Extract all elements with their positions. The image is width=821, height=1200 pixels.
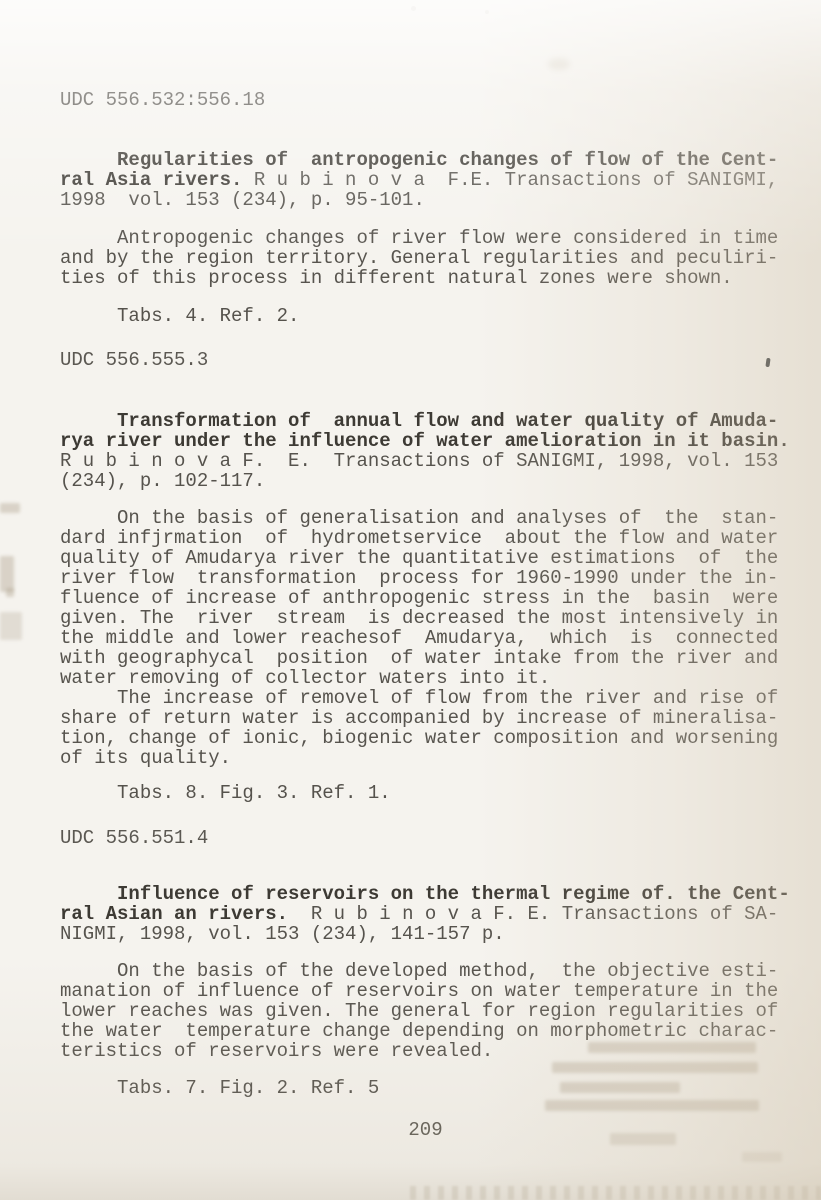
abstract-refs: Tabs. 8. Fig. 3. Ref. 1.: [60, 783, 791, 803]
bold-text-segment: Regularities of antropogenic changes of …: [60, 149, 778, 171]
bold-text-segment: Influence of reservoirs on the thermal r…: [60, 883, 790, 905]
text-line: The increase of removel of flow from the…: [60, 688, 791, 708]
bold-text-segment: ral Asian an rivers.: [60, 903, 288, 925]
text-line: ral Asia rivers. R u b i n o v a F.E. Tr…: [60, 170, 791, 190]
text-line: teristics of reservoirs were revealed.: [60, 1041, 791, 1061]
text-line: dard infjrmation of hydrometservice abou…: [60, 528, 791, 548]
text-line: manation of influence of reservoirs on w…: [60, 981, 791, 1001]
udc-code: UDC 556.551.4: [60, 828, 791, 848]
text-segment: R u b i n o v a F. E. Transactions of SA…: [60, 450, 778, 472]
text-line: share of return water is accompanied by …: [60, 708, 791, 728]
abstract-body: On the basis of the developed method, th…: [60, 961, 791, 1061]
text-line: Regularities of antropogenic changes of …: [60, 150, 791, 170]
text-line: the water temperature change depending o…: [60, 1021, 791, 1041]
udc-code: UDC 556.532:556.18: [60, 90, 791, 110]
text-line: with geographycal position of water inta…: [60, 648, 791, 668]
text-segment: (234), p. 102-117.: [60, 470, 265, 492]
abstract-refs: Tabs. 4. Ref. 2.: [60, 306, 791, 326]
text-line: ties of this process in different natura…: [60, 268, 791, 288]
abstract-body: On the basis of generalisation and analy…: [60, 508, 791, 768]
bold-text-segment: Transformation of annual flow and water …: [60, 410, 778, 432]
text-line: NIGMI, 1998, vol. 153 (234), 141-157 p.: [60, 924, 791, 944]
bold-text-segment: ral Asia rivers.: [60, 169, 242, 191]
abstract-title: Transformation of annual flow and water …: [60, 411, 791, 491]
text-line: 1998 vol. 153 (234), p. 95-101.: [60, 190, 791, 210]
dust-speck: [411, 6, 416, 11]
abstract-body: Antropogenic changes of river flow were …: [60, 228, 791, 288]
text-segment: 1998 vol. 153 (234), p. 95-101.: [60, 189, 425, 211]
text-line: given. The river stream is decreased the…: [60, 608, 791, 628]
text-line: the middle and lower reachesof Amudarya,…: [60, 628, 791, 648]
scan-smudge: [548, 58, 570, 70]
scanned-document-page: UDC 556.532:556.18 Regularities of antro…: [0, 0, 821, 1200]
text-segment: NIGMI, 1998, vol. 153 (234), 141-157 p.: [60, 923, 505, 945]
dust-speck: [485, 10, 489, 14]
text-line: (234), p. 102-117.: [60, 471, 791, 491]
text-line: of its quality.: [60, 748, 791, 768]
abstract-entry-1: UDC 556.532:556.18 Regularities of antro…: [60, 90, 791, 326]
bold-text-segment: rya river under the influence of water a…: [60, 430, 790, 452]
text-line: tion, change of ionic, biogenic water co…: [60, 728, 791, 748]
text-line: quality of Amudarya river the quantitati…: [60, 548, 791, 568]
text-line: ral Asian an rivers. R u b i n o v a F. …: [60, 904, 791, 924]
page-number: 209: [60, 1120, 791, 1140]
text-segment: R u b i n o v a F. E. Transactions of SA…: [288, 903, 778, 925]
text-line: water removing of collector waters into …: [60, 668, 791, 688]
text-line: river flow transformation process for 19…: [60, 568, 791, 588]
text-line: rya river under the influence of water a…: [60, 431, 791, 451]
text-segment: R u b i n o v a F.E. Transactions of SAN…: [242, 169, 778, 191]
scan-grain-band: [410, 1186, 821, 1200]
page-content: UDC 556.532:556.18 Regularities of antro…: [0, 90, 821, 1140]
text-line: On the basis of the developed method, th…: [60, 961, 791, 981]
text-line: and by the region territory. General reg…: [60, 248, 791, 268]
bleed-through-artifact: [742, 1152, 782, 1162]
abstract-title: Influence of reservoirs on the thermal r…: [60, 884, 791, 944]
text-line: lower reaches was given. The general for…: [60, 1001, 791, 1021]
abstract-title: Regularities of antropogenic changes of …: [60, 150, 791, 210]
text-line: Transformation of annual flow and water …: [60, 411, 791, 431]
text-line: Antropogenic changes of river flow were …: [60, 228, 791, 248]
text-line: R u b i n o v a F. E. Transactions of SA…: [60, 451, 791, 471]
text-line: fluence of increase of anthropogenic str…: [60, 588, 791, 608]
udc-code: UDC 556.555.3: [60, 350, 791, 370]
text-line: Influence of reservoirs on the thermal r…: [60, 884, 791, 904]
text-line: On the basis of generalisation and analy…: [60, 508, 791, 528]
abstract-refs: Tabs. 7. Fig. 2. Ref. 5: [60, 1078, 791, 1098]
abstract-entry-2: UDC 556.555.3 Transformation of annual f…: [60, 350, 791, 803]
abstract-entry-3: UDC 556.551.4 Influence of reservoirs on…: [60, 828, 791, 1098]
